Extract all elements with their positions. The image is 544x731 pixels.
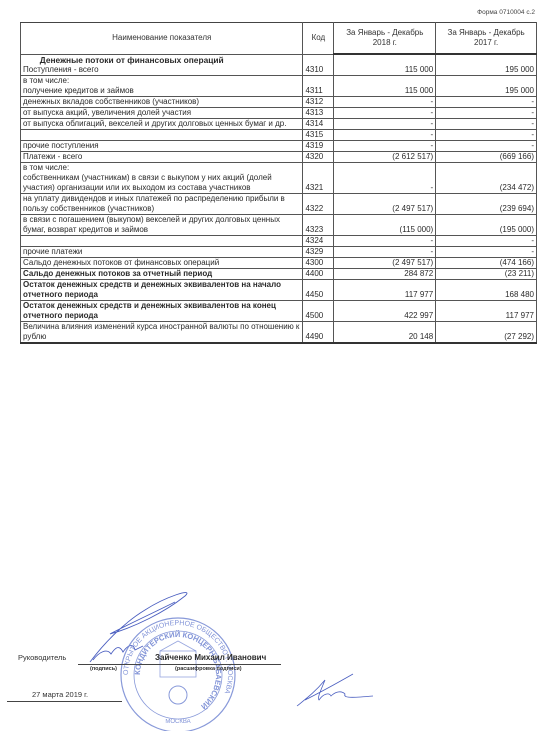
row-code: 4450 (303, 279, 334, 300)
value-2018: - (334, 107, 436, 118)
table-row: в том числе:получение кредитов и займов4… (21, 75, 537, 96)
row-code: 4315 (303, 129, 334, 140)
value-2017: - (436, 235, 537, 246)
name-caption: (расшифровка подписи) (175, 666, 242, 672)
row-label: Остаток денежных средств и денежных экви… (23, 280, 281, 299)
row-code: 4400 (303, 268, 334, 279)
row-name: прочие платежи (21, 246, 303, 257)
row-code: 4490 (303, 321, 334, 343)
value-2018: 115 000 (334, 75, 436, 96)
form-code: Форма 0710004 с.2 (477, 9, 535, 16)
row-code: 4323 (303, 214, 334, 235)
row-label: Величина влияния изменений курса иностра… (23, 322, 299, 341)
row-name: прочие поступления (21, 140, 303, 151)
row-name: Денежные потоки от финансовых операцийПо… (21, 54, 303, 75)
row-code: 4324 (303, 235, 334, 246)
value-2017: - (436, 107, 537, 118)
row-subheading: в том числе: (23, 163, 300, 173)
row-label: в связи с погашением (выкупом) векселей … (23, 215, 280, 234)
table-row: Денежные потоки от финансовых операцийПо… (21, 54, 537, 75)
row-code: 4319 (303, 140, 334, 151)
header-year-2017: За Январь - Декабрь 2017 г. (436, 23, 537, 55)
table-row: от выпуска облигаций, векселей и других … (21, 118, 537, 129)
table-header-row: Наименование показателя Код За Январь - … (21, 23, 537, 55)
value-2017: 168 480 (436, 279, 537, 300)
value-2017: (474 166) (436, 257, 537, 268)
row-code: 4314 (303, 118, 334, 129)
row-name: денежных вкладов собственников (участник… (21, 96, 303, 107)
row-label: Сальдо денежных потоков за отчетный пери… (23, 269, 212, 278)
row-label: Сальдо денежных потоков от финансовых оп… (23, 258, 219, 267)
table-row: Остаток денежных средств и денежных экви… (21, 300, 537, 321)
row-label: Платежи - всего (23, 152, 82, 161)
value-2018: - (334, 129, 436, 140)
row-label: Остаток денежных средств и денежных экви… (23, 301, 276, 320)
value-2017: (27 292) (436, 321, 537, 343)
value-2017: - (436, 96, 537, 107)
value-2018: 284 872 (334, 268, 436, 279)
row-code: 4320 (303, 151, 334, 162)
table-row: на уплату дивидендов и иных платежей по … (21, 193, 537, 214)
table-row: Платежи - всего4320(2 612 517)(669 166) (21, 151, 537, 162)
value-2017: 117 977 (436, 300, 537, 321)
row-label: прочие платежи (23, 247, 82, 256)
row-label: от выпуска облигаций, векселей и других … (23, 119, 286, 128)
row-code: 4321 (303, 162, 334, 193)
row-name: Сальдо денежных потоков за отчетный пери… (21, 268, 303, 279)
row-label: Поступления - всего (23, 65, 99, 74)
row-label: получение кредитов и займов (23, 86, 134, 95)
row-name: Величина влияния изменений курса иностра… (21, 321, 303, 343)
value-2017: (669 166) (436, 151, 537, 162)
row-name: от выпуска облигаций, векселей и других … (21, 118, 303, 129)
header-code: Код (303, 23, 334, 55)
row-name: в том числе:получение кредитов и займов (21, 75, 303, 96)
value-2017: 195 000 (436, 75, 537, 96)
signature-caption: (подпись) (90, 666, 117, 672)
row-code: 4310 (303, 54, 334, 75)
value-2017: (23 211) (436, 268, 537, 279)
value-2018: 115 000 (334, 54, 436, 75)
row-code: 4329 (303, 246, 334, 257)
value-2018: (2 497 517) (334, 257, 436, 268)
value-2018: (115 000) (334, 214, 436, 235)
header-year-2018: За Январь - Декабрь 2018 г. (334, 23, 436, 55)
row-code: 4313 (303, 107, 334, 118)
table-row: 4315-- (21, 129, 537, 140)
header-name: Наименование показателя (21, 23, 303, 55)
value-2018: - (334, 246, 436, 257)
cash-flow-table: Наименование показателя Код За Январь - … (20, 22, 537, 344)
row-name: в том числе:собственникам (участникам) в… (21, 162, 303, 193)
value-2018: - (334, 162, 436, 193)
signature-line (78, 664, 153, 665)
table-row: прочие платежи4329-- (21, 246, 537, 257)
table-row: Сальдо денежных потоков за отчетный пери… (21, 268, 537, 279)
value-2018: (2 497 517) (334, 193, 436, 214)
row-name: Сальдо денежных потоков от финансовых оп… (21, 257, 303, 268)
value-2018: - (334, 118, 436, 129)
row-label: от выпуска акций, увеличения долей участ… (23, 108, 191, 117)
table-row: Остаток денежных средств и денежных экви… (21, 279, 537, 300)
table-row: денежных вкладов собственников (участник… (21, 96, 537, 107)
table-row: в том числе:собственникам (участникам) в… (21, 162, 537, 193)
table-row: Величина влияния изменений курса иностра… (21, 321, 537, 343)
row-name (21, 235, 303, 246)
signature-area: ОТКРЫТОЕ АКЦИОНЕРНОЕ ОБЩЕСТВО Г. МОСКВА … (0, 560, 544, 731)
value-2017: - (436, 140, 537, 151)
second-signature-icon (295, 670, 375, 710)
date-line (7, 701, 122, 702)
row-name: Остаток денежных средств и денежных экви… (21, 279, 303, 300)
value-2017: 195 000 (436, 54, 537, 75)
value-2017: - (436, 129, 537, 140)
section-title: Денежные потоки от финансовых операций (23, 55, 300, 65)
row-code: 4500 (303, 300, 334, 321)
company-stamp-icon: ОТКРЫТОЕ АКЦИОНЕРНОЕ ОБЩЕСТВО Г. МОСКВА … (118, 615, 238, 731)
row-code: 4312 (303, 96, 334, 107)
director-name: Зайченко Михаил Иванович (155, 653, 266, 662)
value-2018: 117 977 (334, 279, 436, 300)
table-row: от выпуска акций, увеличения долей участ… (21, 107, 537, 118)
table-row: в связи с погашением (выкупом) векселей … (21, 214, 537, 235)
row-code: 4322 (303, 193, 334, 214)
role-label: Руководитель (18, 653, 66, 662)
row-name: от выпуска акций, увеличения долей участ… (21, 107, 303, 118)
value-2018: 20 148 (334, 321, 436, 343)
value-2018: - (334, 235, 436, 246)
report-date: 27 марта 2019 г. (32, 690, 88, 699)
value-2017: - (436, 246, 537, 257)
table-row: 4324-- (21, 235, 537, 246)
row-code: 4311 (303, 75, 334, 96)
row-subheading: в том числе: (23, 76, 300, 86)
row-name (21, 129, 303, 140)
value-2018: (2 612 517) (334, 151, 436, 162)
svg-text:МОСКВА: МОСКВА (165, 719, 190, 725)
name-line (153, 664, 281, 665)
value-2017: (234 472) (436, 162, 537, 193)
table-row: прочие поступления4319-- (21, 140, 537, 151)
row-label: собственникам (участникам) в связи с вык… (23, 173, 272, 192)
row-name: на уплату дивидендов и иных платежей по … (21, 193, 303, 214)
table-row: Сальдо денежных потоков от финансовых оп… (21, 257, 537, 268)
row-name: в связи с погашением (выкупом) векселей … (21, 214, 303, 235)
row-label: прочие поступления (23, 141, 99, 150)
row-name: Остаток денежных средств и денежных экви… (21, 300, 303, 321)
value-2018: - (334, 96, 436, 107)
value-2018: 422 997 (334, 300, 436, 321)
row-name: Платежи - всего (21, 151, 303, 162)
value-2018: - (334, 140, 436, 151)
row-label: на уплату дивидендов и иных платежей по … (23, 194, 285, 213)
value-2017: (195 000) (436, 214, 537, 235)
row-code: 4300 (303, 257, 334, 268)
value-2017: (239 694) (436, 193, 537, 214)
row-label: денежных вкладов собственников (участник… (23, 97, 199, 106)
value-2017: - (436, 118, 537, 129)
